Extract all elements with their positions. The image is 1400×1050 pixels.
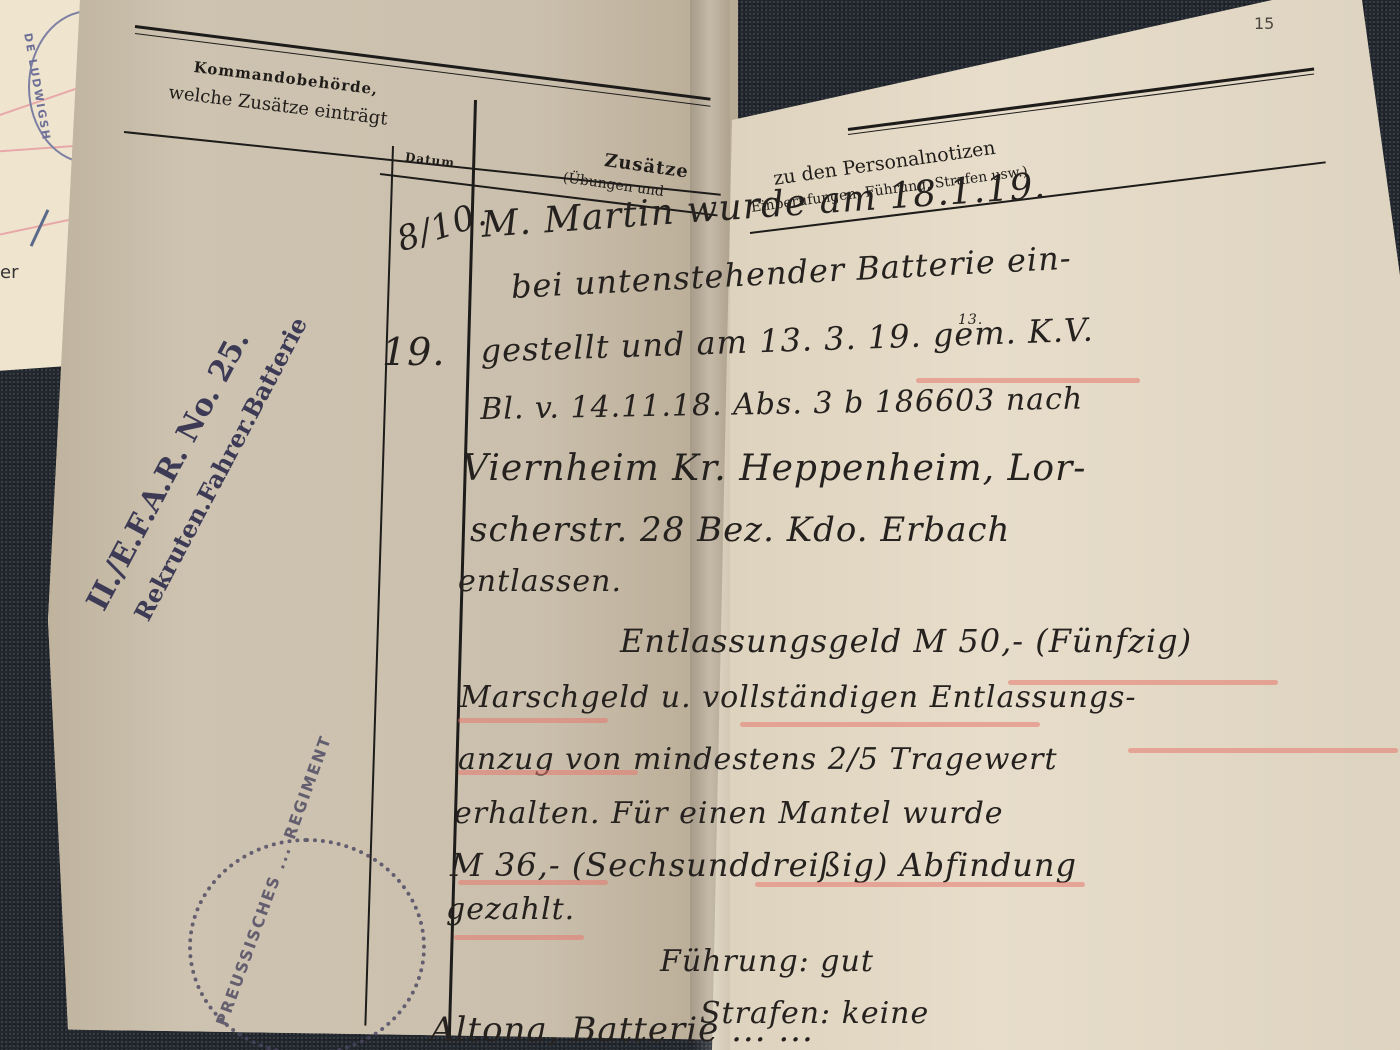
red-underline [740, 722, 1040, 727]
red-underline [454, 935, 584, 940]
background-text-fragment: er [0, 262, 18, 283]
hand-line-signature: Altona, Batterie ... ... [430, 1010, 814, 1050]
red-underline [755, 882, 1085, 887]
hand-line-fuehrung: Führung: gut [660, 944, 874, 979]
hand-line-12: M 36,- (Sechsunddreißig) Abfindung [450, 846, 1077, 884]
red-underline [1128, 748, 1398, 753]
round-seal-stamp: PREUSSISCHES ... REGIMENT [188, 838, 426, 1050]
red-underline [458, 880, 608, 885]
hand-line-6: scherstr. 28 Bez. Kdo. Erbach [470, 510, 1010, 550]
date-year: 19. [382, 330, 445, 374]
red-underline [458, 770, 638, 775]
hand-line-7: entlassen. [458, 564, 622, 599]
hand-line-11: erhalten. Für einen Mantel wurde [454, 796, 1004, 831]
hand-line-5: Viernheim Kr. Heppenheim, Lor- [462, 448, 1086, 489]
hand-line-8: Entlassungsgeld M 50,- (Fünfzig) [620, 622, 1192, 660]
page-number: 15 [1254, 14, 1274, 33]
hand-line-9: Marschgeld u. vollständigen Entlassungs- [460, 680, 1137, 715]
red-underline [458, 718, 608, 723]
hand-line-13: gezahlt. [446, 892, 575, 927]
